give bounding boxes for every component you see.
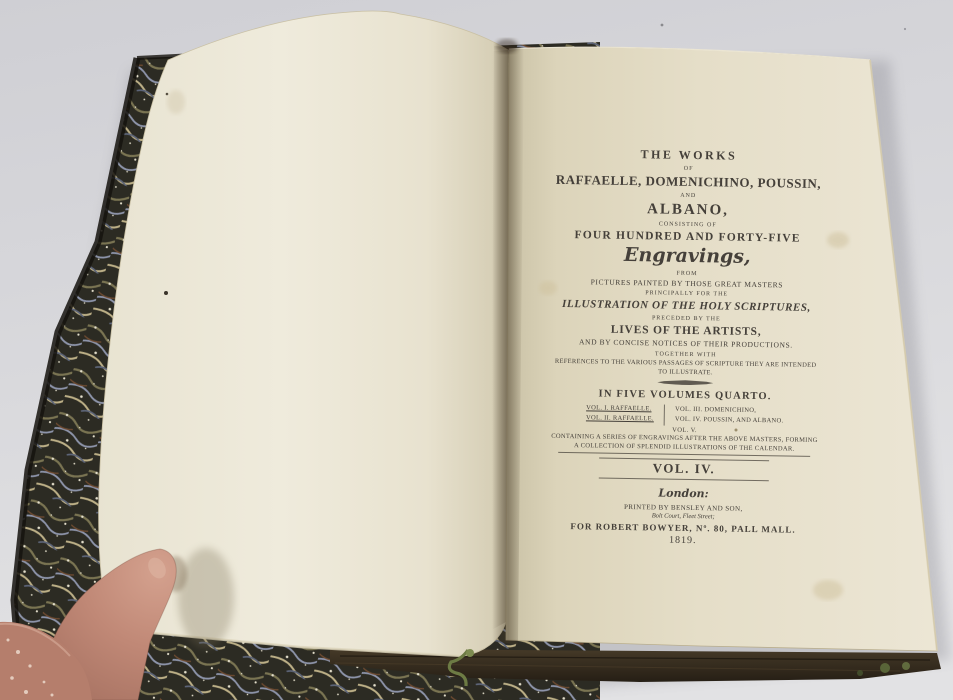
title-authors: RAFFAELLE, DOMENICHINO, POUSSIN, [502, 172, 874, 193]
volume-entry: VOL. IV. POUSSIN, AND ALBANO. [675, 415, 784, 427]
volume-list-right: VOL. III. DOMENICHINO, VOL. IV. POUSSIN,… [675, 405, 784, 427]
title-page-text: THE WORKS OF RAFFAELLE, DOMENICHINO, POU… [497, 146, 875, 550]
verdigris-spot [902, 662, 910, 670]
verdigris-spot [880, 663, 890, 673]
page-speck [166, 93, 169, 96]
title-albano: ALBANO, [502, 199, 874, 222]
background-speck [904, 28, 906, 30]
engravings-line: Engravings, [501, 243, 873, 271]
antique-book-photo: THE WORKS OF RAFFAELLE, DOMENICHINO, POU… [0, 0, 953, 700]
volume-list-divider [664, 405, 665, 425]
clasp-knob [466, 649, 474, 657]
foxing-spot [813, 580, 843, 600]
gutter-head-notch [496, 39, 518, 53]
page-stain [167, 90, 185, 114]
verdigris-spot [857, 670, 863, 676]
decorative-rule [657, 380, 713, 386]
volume-entry: VOL. II. RAFFAELLE. [586, 414, 654, 425]
page-speck [164, 291, 168, 295]
background-speck [661, 24, 664, 27]
volume-list-left: VOL. I. RAFFAELLE. VOL. II. RAFFAELLE. [586, 404, 654, 425]
finger-shadow [178, 548, 234, 648]
